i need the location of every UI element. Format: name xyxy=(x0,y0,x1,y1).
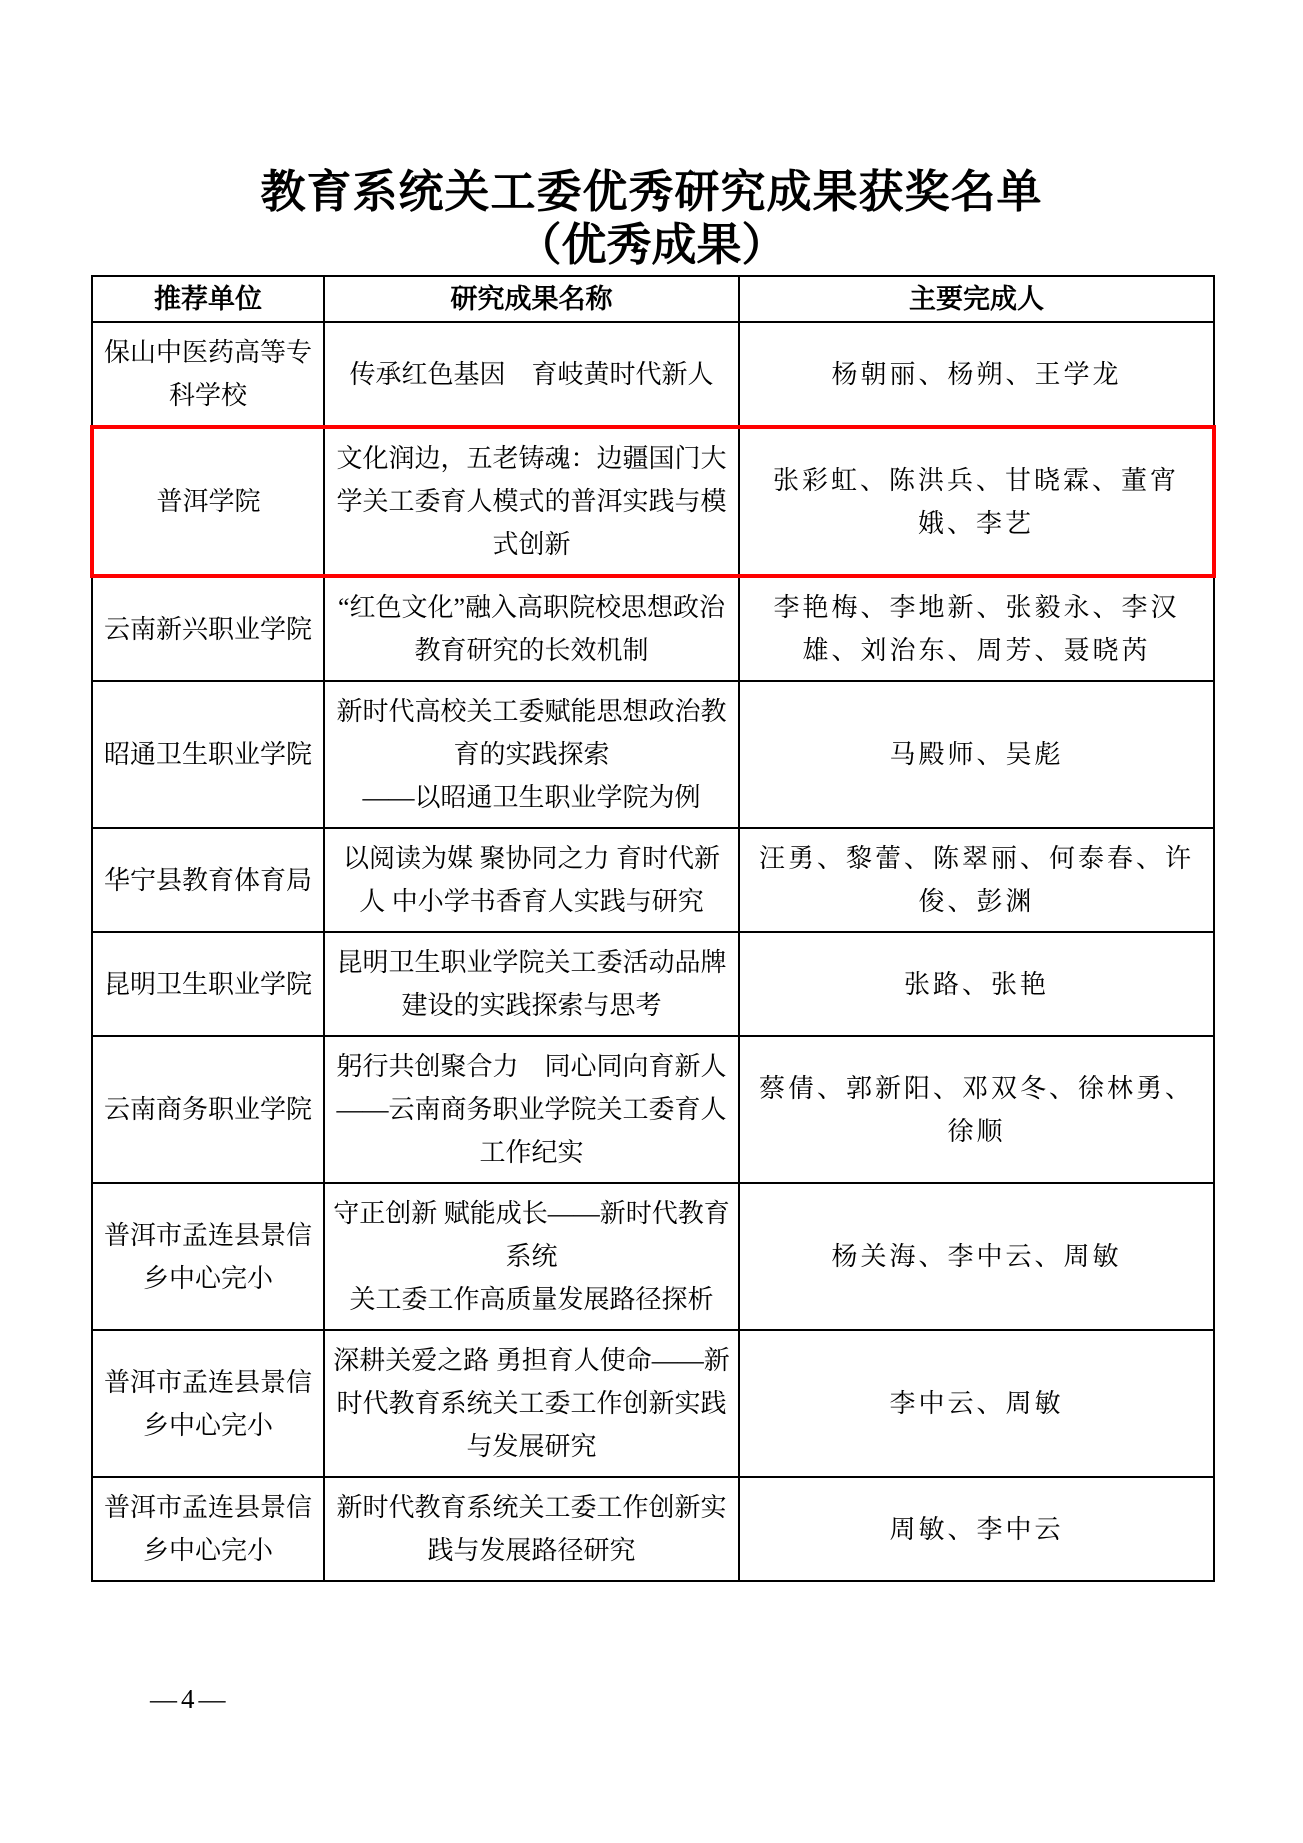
cell-recommending-unit: 普洱市孟连县景信乡中心完小 xyxy=(92,1183,324,1330)
cell-recommending-unit: 保山中医药高等专科学校 xyxy=(92,322,324,427)
cell-research-result-name: 昆明卫生职业学院关工委活动品牌建设的实践探索与思考 xyxy=(324,932,739,1036)
cell-recommending-unit: 云南商务职业学院 xyxy=(92,1036,324,1183)
cell-main-contributors: 李艳梅、李地新、张毅永、李汉雄、刘治东、周芳、聂晓芮 xyxy=(739,576,1214,681)
table-row: 普洱市孟连县景信乡中心完小新时代教育系统关工委工作创新实践与发展路径研究周敏、李… xyxy=(92,1477,1214,1581)
document-title: 教育系统关工委优秀研究成果获奖名单 xyxy=(0,0,1303,219)
header-research-result-name: 研究成果名称 xyxy=(324,276,739,322)
awards-table: 推荐单位 研究成果名称 主要完成人 保山中医药高等专科学校传承红色基因 育岐黄时… xyxy=(90,275,1216,1582)
cell-research-result-name: 守正创新 赋能成长——新时代教育系统 关工委工作高质量发展路径探析 xyxy=(324,1183,739,1330)
cell-recommending-unit: 普洱学院 xyxy=(92,427,324,576)
cell-main-contributors: 汪勇、黎蕾、陈翠丽、何泰春、许俊、彭渊 xyxy=(739,828,1214,932)
cell-recommending-unit: 华宁县教育体育局 xyxy=(92,828,324,932)
table-row-highlighted: 普洱学院文化润边，五老铸魂：边疆国门大学关工委育人模式的普洱实践与模式创新张彩虹… xyxy=(92,427,1214,576)
cell-research-result-name: 传承红色基因 育岐黄时代新人 xyxy=(324,322,739,427)
cell-research-result-name: 文化润边，五老铸魂：边疆国门大学关工委育人模式的普洱实践与模式创新 xyxy=(324,427,739,576)
table-row: 昭通卫生职业学院新时代高校关工委赋能思想政治教育的实践探索 ——以昭通卫生职业学… xyxy=(92,681,1214,828)
table-row: 普洱市孟连县景信乡中心完小深耕关爱之路 勇担育人使命——新时代教育系统关工委工作… xyxy=(92,1330,1214,1477)
header-recommending-unit: 推荐单位 xyxy=(92,276,324,322)
cell-main-contributors: 张彩虹、陈洪兵、甘晓霖、董宵娥、李艺 xyxy=(739,427,1214,576)
cell-main-contributors: 张路、张艳 xyxy=(739,932,1214,1036)
cell-research-result-name: 新时代教育系统关工委工作创新实践与发展路径研究 xyxy=(324,1477,739,1581)
cell-main-contributors: 杨关海、李中云、周敏 xyxy=(739,1183,1214,1330)
page-number: —4— xyxy=(150,1684,230,1715)
table-row: 华宁县教育体育局以阅读为媒 聚协同之力 育时代新人 中小学书香育人实践与研究汪勇… xyxy=(92,828,1214,932)
table-row: 保山中医药高等专科学校传承红色基因 育岐黄时代新人杨朝丽、杨朔、王学龙 xyxy=(92,322,1214,427)
table-row: 昆明卫生职业学院昆明卫生职业学院关工委活动品牌建设的实践探索与思考张路、张艳 xyxy=(92,932,1214,1036)
table-header-row: 推荐单位 研究成果名称 主要完成人 xyxy=(92,276,1214,322)
table-row: 云南新兴职业学院“红色文化”融入高职院校思想政治教育研究的长效机制李艳梅、李地新… xyxy=(92,576,1214,681)
cell-research-result-name: 新时代高校关工委赋能思想政治教育的实践探索 ——以昭通卫生职业学院为例 xyxy=(324,681,739,828)
cell-recommending-unit: 普洱市孟连县景信乡中心完小 xyxy=(92,1330,324,1477)
cell-research-result-name: 以阅读为媒 聚协同之力 育时代新人 中小学书香育人实践与研究 xyxy=(324,828,739,932)
cell-research-result-name: 深耕关爱之路 勇担育人使命——新时代教育系统关工委工作创新实践与发展研究 xyxy=(324,1330,739,1477)
table-row: 普洱市孟连县景信乡中心完小守正创新 赋能成长——新时代教育系统 关工委工作高质量… xyxy=(92,1183,1214,1330)
cell-main-contributors: 周敏、李中云 xyxy=(739,1477,1214,1581)
document-subtitle: （优秀成果） xyxy=(0,219,1303,271)
cell-recommending-unit: 云南新兴职业学院 xyxy=(92,576,324,681)
cell-main-contributors: 蔡倩、郭新阳、邓双冬、徐林勇、徐顺 xyxy=(739,1036,1214,1183)
header-main-contributors: 主要完成人 xyxy=(739,276,1214,322)
table-row: 云南商务职业学院躬行共创聚合力 同心同向育新人 ——云南商务职业学院关工委育人工… xyxy=(92,1036,1214,1183)
cell-main-contributors: 李中云、周敏 xyxy=(739,1330,1214,1477)
cell-recommending-unit: 昆明卫生职业学院 xyxy=(92,932,324,1036)
cell-research-result-name: “红色文化”融入高职院校思想政治教育研究的长效机制 xyxy=(324,576,739,681)
cell-main-contributors: 杨朝丽、杨朔、王学龙 xyxy=(739,322,1214,427)
cell-recommending-unit: 昭通卫生职业学院 xyxy=(92,681,324,828)
cell-research-result-name: 躬行共创聚合力 同心同向育新人 ——云南商务职业学院关工委育人工作纪实 xyxy=(324,1036,739,1183)
cell-recommending-unit: 普洱市孟连县景信乡中心完小 xyxy=(92,1477,324,1581)
document-page: 教育系统关工委优秀研究成果获奖名单 （优秀成果） 推荐单位 研究成果名称 主要完… xyxy=(0,0,1303,1582)
cell-main-contributors: 马殿师、吴彪 xyxy=(739,681,1214,828)
